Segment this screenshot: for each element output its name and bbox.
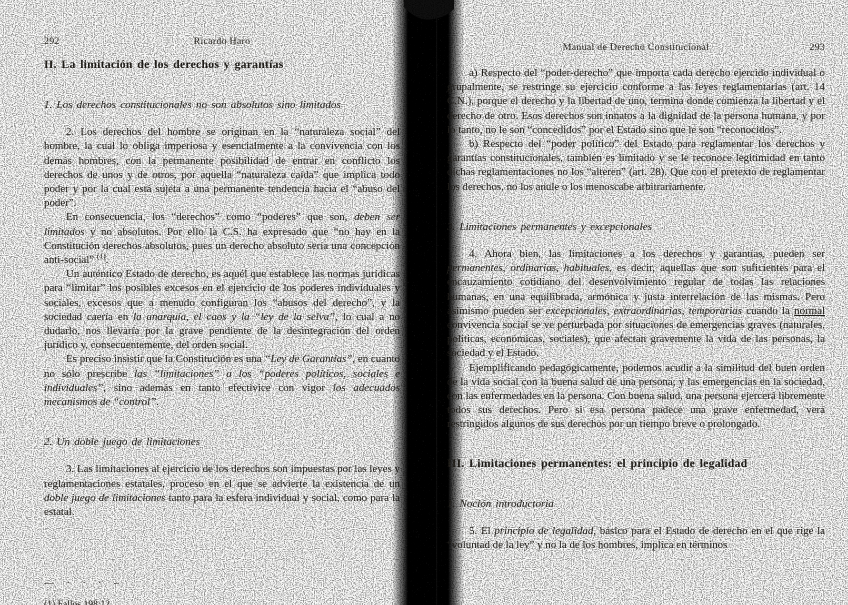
paragraph: 2. Los derechos del hombre se originan e… xyxy=(44,125,400,210)
right-page: Manual de Derecho Constitucional 293 a) … xyxy=(447,0,825,552)
scanned-book-spread: 292 Ricardo Haro II. La limitación de lo… xyxy=(0,0,848,605)
paragraph: Ejemplificando pedagógicamente, podemos … xyxy=(447,361,825,432)
subsection-heading: 1. Los derechos constitucionales no son … xyxy=(44,98,400,112)
paragraph: Un auténtico Estado de derecho, es aquél… xyxy=(44,267,400,352)
left-running-header: Ricardo Haro xyxy=(194,36,251,47)
subsection-heading: 2. Un doble juego de limitaciones xyxy=(44,435,400,449)
subsection-heading: 1. Noción introductoria xyxy=(447,497,825,511)
paragraph: En consecuencia, los “derechos” como “po… xyxy=(44,210,400,267)
left-page-number: 292 xyxy=(44,36,60,47)
footnote-rule: — · · · – xyxy=(44,577,400,591)
gutter-fold-line xyxy=(436,0,437,605)
paragraph: 5. El principio de legalidad, básico par… xyxy=(447,524,825,552)
section-heading: III. Limitaciones permanentes: el princi… xyxy=(447,456,825,471)
left-page-body: II. La limitación de los derechos y gara… xyxy=(44,57,400,605)
right-page-body: a) Respecto del “poder-derecho” que impo… xyxy=(447,66,825,552)
right-page-number: 293 xyxy=(809,42,825,53)
footnote: (1) Fallos 198:12. xyxy=(44,598,400,605)
right-page-header: Manual de Derecho Constitucional 293 xyxy=(447,42,825,53)
section-heading: II. La limitación de los derechos y gara… xyxy=(44,57,400,72)
paragraph: b) Respecto del “poder político” del Est… xyxy=(447,137,825,194)
paragraph: 4. Ahora bien, las limitaciones a los de… xyxy=(447,247,825,361)
paragraph: Es preciso insistir que la Constitución … xyxy=(44,352,400,409)
paragraph: 3. Las limitaciones al ejercicio de los … xyxy=(44,462,400,519)
right-running-header: Manual de Derecho Constitucional xyxy=(563,42,709,53)
left-page: 292 Ricardo Haro II. La limitación de lo… xyxy=(44,0,400,605)
left-page-header: 292 Ricardo Haro xyxy=(44,36,400,47)
paragraph: a) Respecto del “poder-derecho” que impo… xyxy=(447,66,825,137)
subsection-heading: 3. Limitaciones permanentes y excepciona… xyxy=(447,220,825,234)
